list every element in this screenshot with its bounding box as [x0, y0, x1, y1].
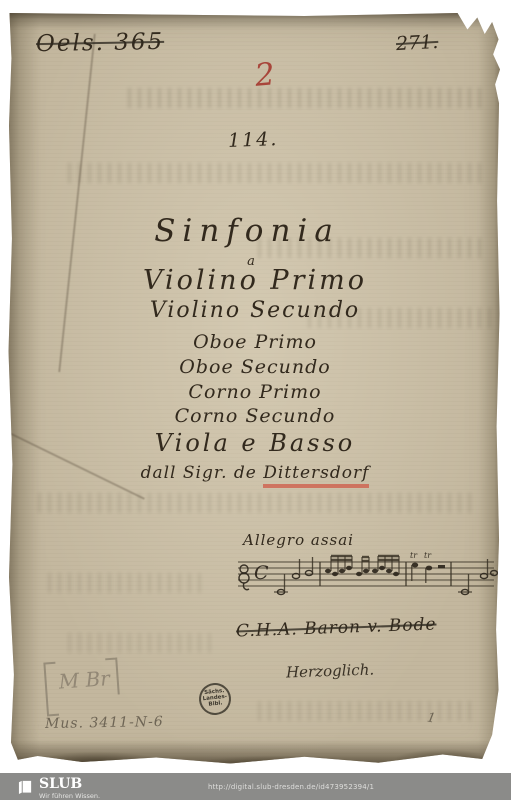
provenance-note: Herzoglich.: [286, 660, 375, 681]
part-corno-secundo: Corno Secundo: [8, 405, 502, 427]
attribution-prefix: dall Sigr. de: [141, 463, 264, 483]
collection-number: 114.: [228, 128, 279, 152]
tempo-marking: Allegro assai: [243, 531, 354, 549]
slub-name: SLUB: [39, 777, 100, 791]
owner-mark: C.H.A. Baron v. Bode: [236, 615, 437, 642]
document-url: http://digital.slub-dresden.de/id4739523…: [208, 783, 374, 791]
bleedthrough-staff: [68, 633, 218, 653]
part-violino-secundo: Violino Secundo: [8, 298, 502, 323]
part-violino-primo: Violino Primo: [8, 265, 502, 296]
leaf-number: 1: [426, 710, 437, 726]
music-incipit: C: [232, 550, 498, 600]
torn-bottom-edge: [8, 741, 502, 765]
slub-wordmark: SLUB Wir führen Wissen.: [39, 777, 100, 800]
ornament-trill: tr: [410, 551, 418, 560]
bracket-left: [43, 662, 59, 717]
current-shelfmark: Mus. 3411-N-6: [45, 714, 164, 732]
title-sinfonia: Sinfonia: [0, 213, 494, 249]
ornament-trill: tr: [424, 551, 432, 560]
part-oboe-primo: Oboe Primo: [8, 331, 502, 353]
attribution-line: dall Sigr. de Dittersdorf: [8, 463, 502, 483]
red-collection-number: 2: [253, 56, 276, 94]
slub-logo: SLUB Wir führen Wissen.: [18, 777, 100, 800]
bleedthrough-staff: [258, 701, 478, 721]
bleedthrough-staff: [48, 573, 208, 593]
bleedthrough-staff: [128, 88, 488, 108]
part-corno-primo: Corno Primo: [8, 381, 502, 403]
bleedthrough-staff: [68, 163, 488, 183]
library-stamp: Sächs. Landes- Bibl.: [197, 681, 232, 716]
composer-name: Dittersdorf: [263, 463, 369, 488]
crossed-number: 271.: [395, 31, 438, 55]
time-signature: C: [254, 562, 269, 584]
stamp-line: Bibl.: [208, 701, 223, 708]
book-icon: [18, 779, 33, 794]
viewer-screen: Oels. 365 271. 2 114. Sinfonia a Violino…: [0, 0, 511, 800]
part-oboe-secundo: Oboe Secundo: [8, 356, 502, 378]
pencil-bracket-mark: M Br: [43, 657, 120, 712]
slub-tagline: Wir führen Wissen.: [39, 792, 100, 800]
slub-footer-bar: SLUB Wir führen Wissen. http://digital.s…: [0, 773, 511, 800]
pencil-initials: M Br: [58, 666, 111, 694]
bleedthrough-staff: [38, 493, 478, 513]
part-viola-e-basso: Viola e Basso: [8, 429, 502, 457]
old-shelfmark: Oels. 365: [36, 29, 165, 57]
manuscript-page: Oels. 365 271. 2 114. Sinfonia a Violino…: [8, 13, 502, 765]
